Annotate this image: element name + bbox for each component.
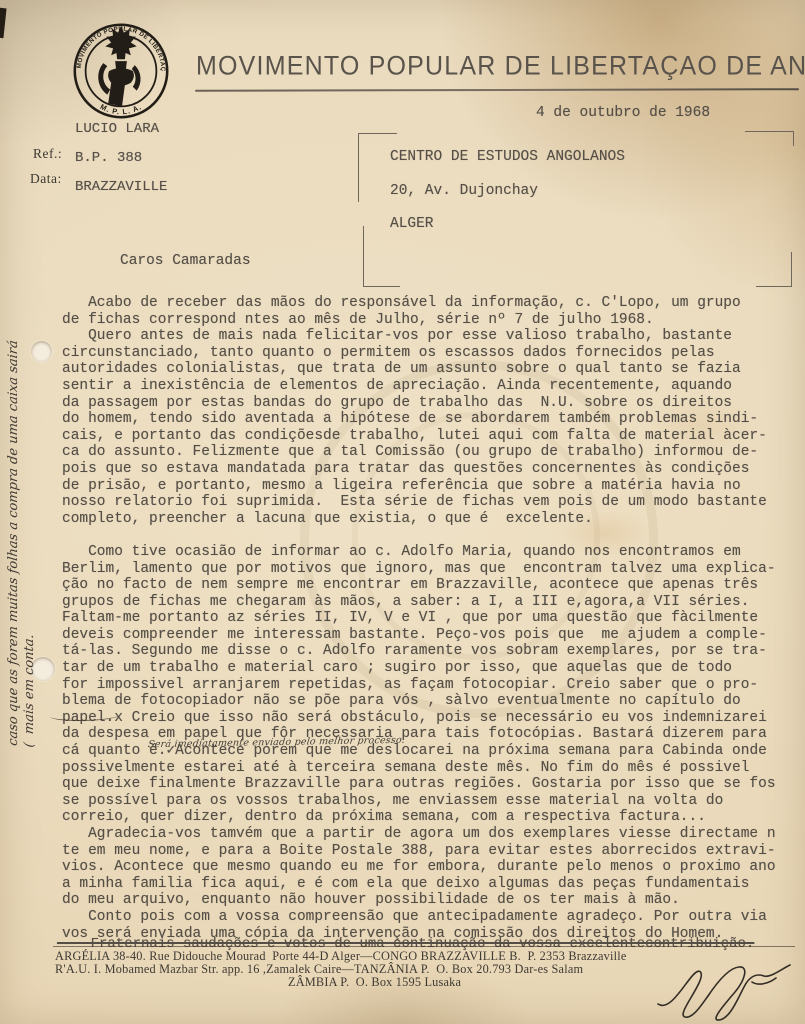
sender-name: LUCIO LARA <box>75 121 159 137</box>
salutation: Caros Camaradas <box>120 253 251 269</box>
letter-date: 4 de outubro de 1968 <box>536 105 710 121</box>
organization-title: MOVIMENTO POPULAR DE LIBERTAÇAO DE ANGOL… <box>196 51 796 82</box>
letter-page: MOVIMENTO POPULAR DE LIBERTAÇÃO DE ANGOL… <box>0 0 805 1024</box>
sender-block: LUCIO LARA B.P. 388 BRAZZAVILLE <box>75 122 167 195</box>
corner-mark-bottom-right <box>756 252 792 287</box>
recipient-name: CENTRO DE ESTUDOS ANGOLANOS <box>390 149 625 165</box>
footer-rule <box>53 946 795 947</box>
torch-and-fist-icon <box>98 26 140 107</box>
corner-mark-top-right <box>745 131 794 146</box>
scan-edge-mark <box>0 8 7 39</box>
sender-pobox: B.P. 388 <box>75 150 142 166</box>
sender-city: BRAZZAVILLE <box>75 179 167 195</box>
letter-body: Acabo de receber das mãos do responsável… <box>62 295 776 942</box>
signature-autograph <box>652 960 802 1022</box>
mpla-emblem-icon: MOVIMENTO POPULAR DE LIBERTAÇÃO DE ANGOL… <box>62 12 180 130</box>
recipient-address: 20, Av. Dujonchay <box>390 183 538 199</box>
margin-note: caso que as forem muitas folhas a compra… <box>6 145 38 748</box>
corner-mark-bottom-left <box>363 226 400 287</box>
title-rule <box>195 88 799 92</box>
footer-line-3: ZÂMBIA P. O. Box 1595 Lusaka <box>288 975 461 990</box>
recipient-block: CENTRO DE ESTUDOS ANGOLANOS 20, Av. Dujo… <box>390 149 625 233</box>
recipient-city: ALGER <box>390 216 434 232</box>
